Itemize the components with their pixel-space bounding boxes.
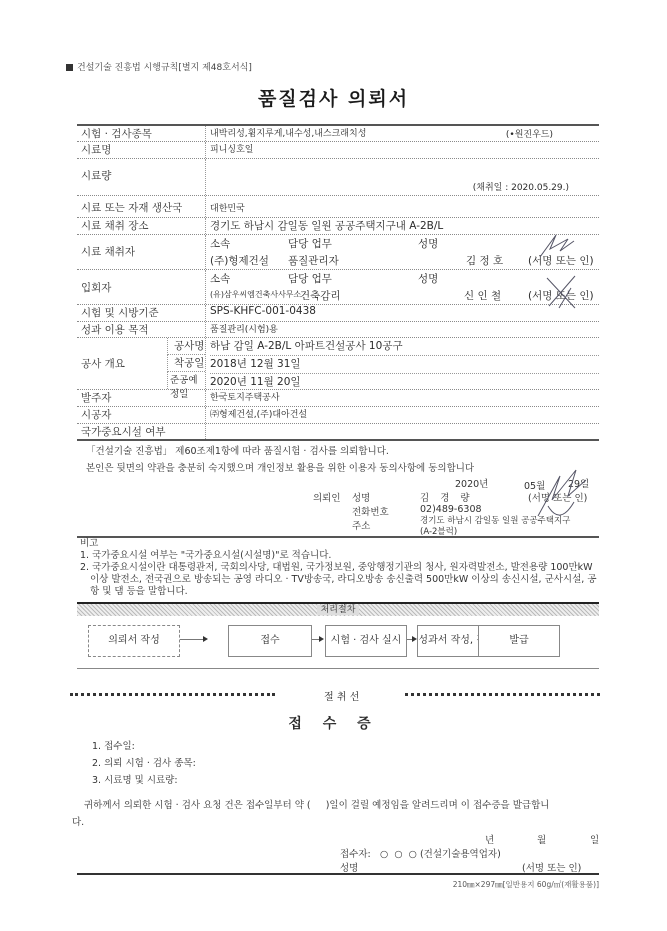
- note-item-2: 2. 국가중요시설이란 대통령관저, 국회의사당, 대법원, 국가정보원, 중앙…: [80, 562, 598, 598]
- address-label: 주소: [352, 518, 370, 532]
- row-national-facility: 국가중요시설 여부: [77, 424, 599, 441]
- value-client[interactable]: 한국토지주택공사: [205, 390, 599, 406]
- paper-spec: 210㎜×297㎜[일반용지 60g/㎡(재활용품)]: [453, 879, 599, 890]
- request-form-table: 시험 · 검사종목 내박리성,휨지루게,내수성,내스크래치성 (•원진우드) 시…: [77, 124, 599, 441]
- notes-section: 비고 1. 국가중요시설 여부는 "국가중요시설(시설명)"로 적습니다. 2.…: [80, 538, 598, 598]
- row-purpose: 성과 이용 목적 품질관리(시험)용: [77, 322, 599, 338]
- sampler-col-name: 성명: [418, 236, 438, 251]
- step-receive: 접수: [228, 625, 312, 657]
- contractor-text: ㈜형제건설,(주)대아건설: [210, 410, 307, 420]
- note-item-1: 1. 국가중요시설 여부는 "국가중요시설(시설명)"로 적습니다.: [80, 550, 598, 562]
- label-client: 발주자: [81, 390, 111, 405]
- value-test-standard[interactable]: SPS-KHFC-001-0438: [205, 305, 599, 321]
- receipt-day: 일: [590, 832, 599, 846]
- receipt-item-1: 1. 접수일:: [92, 738, 135, 752]
- receiver-label: 접수자:: [340, 846, 371, 860]
- project-name[interactable]: 하남 감일 A-2B/L 아파트건설공사 10공구: [210, 338, 599, 356]
- sampler-duty[interactable]: 품질관리자: [288, 253, 339, 268]
- witness-col-affiliation: 소속: [210, 271, 230, 286]
- signature-scribble-icon: [536, 231, 576, 261]
- receipt-title: 접 수 증: [0, 713, 667, 733]
- row-origin: 시료 또는 자재 생산국 대한민국: [77, 196, 599, 218]
- purpose-text: 품질관리(시험)용: [210, 325, 278, 335]
- sampler-col-duty: 담당 업무: [288, 236, 332, 251]
- page-title: 품질검사 의뢰서: [0, 84, 667, 111]
- step-write-request: 의뢰서 작성: [88, 625, 180, 657]
- project-completion-date[interactable]: 2020년 11월 20일: [210, 374, 599, 391]
- row-sampler: 시료 채취자 소속 담당 업무 성명 (주)형제건설 품질관리자 김 정 호 (…: [77, 235, 599, 270]
- requester-name[interactable]: 김 경 량: [420, 490, 474, 504]
- row-sampling-place: 시료 채취 장소 경기도 하남시 감일동 일원 공공주택지구내 A-2B/L: [77, 218, 599, 235]
- statement-line-1: 「건설기술 진흥법」 제60조제1항에 따라 품질시험 · 검사를 의뢰합니다.: [86, 443, 389, 457]
- receipt-item-3: 3. 시료명 및 시료량:: [92, 772, 178, 786]
- form-reference-text: 건설기술 진흥법 시행규칙[별지 제48호서식]: [77, 63, 252, 73]
- witness-col-duty: 담당 업무: [288, 271, 332, 286]
- value-national-facility[interactable]: [205, 424, 599, 439]
- label-sample-name: 시료명: [81, 142, 111, 157]
- label-sample-qty: 시료량: [81, 168, 111, 183]
- row-test-standard: 시험 및 시방기준 SPS-KHFC-001-0438: [77, 305, 599, 322]
- row-sample-name: 시료명 피니싱호일: [77, 142, 599, 159]
- row-contractor: 시공자 ㈜형제건설,(주)대아건설: [77, 407, 599, 424]
- label-completion-date: 준공예정일: [167, 372, 205, 389]
- sampling-place-text: 경기도 하남시 감일동 일원 공공주택지구내 A-2B/L: [210, 220, 443, 232]
- receiver-value: ○ ○ ○ (건설기술용역업자): [380, 846, 501, 860]
- request-year: 2020년: [455, 476, 488, 490]
- phone-label: 전화번호: [352, 504, 389, 518]
- receipt-notice-line-1: 귀하께서 의뢰한 시험 · 검사 요청 건은 접수일부터 약 ( )일이 걸릴 …: [84, 797, 549, 811]
- step-test-inspect: 시험 · 검사 실시: [325, 625, 407, 657]
- witness-name[interactable]: 신 인 철: [464, 288, 501, 303]
- statement-line-2: 본인은 뒷면의 약관을 충분히 숙지했으며 개인정보 활용을 위한 이용자 동의…: [86, 460, 474, 474]
- requester-label: 의뢰인: [313, 490, 341, 504]
- cut-line-label: 절 취 선: [324, 688, 359, 703]
- notes-heading: 비고: [80, 538, 598, 550]
- witness-affiliation[interactable]: (유)삼우씨엠건축사사무소: [210, 289, 301, 300]
- value-sampler: 소속 담당 업무 성명 (주)형제건설 품질관리자 김 정 호 (서명 또는 인…: [205, 235, 599, 269]
- square-bullet-icon: [66, 64, 73, 71]
- label-origin: 시료 또는 자재 생산국: [81, 200, 182, 215]
- label-sampling-place: 시료 채취 장소: [81, 218, 149, 233]
- cut-dots-left: [70, 693, 275, 696]
- row-client: 발주자 한국토지주택공사: [77, 390, 599, 407]
- value-purpose[interactable]: 품질관리(시험)용: [205, 322, 599, 337]
- value-test-items[interactable]: 내박리성,휨지루게,내수성,내스크래치성 (•원진우드): [205, 126, 599, 141]
- label-test-items: 시험 · 검사종목: [81, 126, 152, 141]
- sampler-name[interactable]: 김 정 호: [466, 253, 503, 268]
- arrow-icon: [407, 639, 415, 640]
- footer-rule: [77, 873, 599, 875]
- process-header: 처리절차: [77, 602, 599, 616]
- arrow-icon: [180, 639, 206, 640]
- receipt-notice-line-2: 다.: [72, 814, 84, 828]
- arrow-icon: [312, 639, 322, 640]
- label-witness: 입회자: [81, 280, 111, 295]
- label-purpose: 성과 이용 목적: [81, 322, 149, 337]
- label-contractor: 시공자: [81, 407, 111, 422]
- project-start-date[interactable]: 2018년 12월 31일: [210, 356, 599, 374]
- value-origin[interactable]: 대한민국: [205, 196, 599, 217]
- receipt-signature[interactable]: (서명 또는 인): [522, 860, 581, 874]
- witness-duty[interactable]: 건축감리: [300, 288, 341, 303]
- test-standard-text: SPS-KHFC-001-0438: [210, 305, 316, 317]
- witness-col-name: 성명: [418, 271, 438, 286]
- label-project: 공사 개요: [81, 356, 125, 371]
- receipt-year: 년: [485, 832, 494, 846]
- test-items-note: (•원진우드): [506, 127, 553, 140]
- process-bottom-rule: [77, 668, 599, 669]
- sampler-col-affiliation: 소속: [210, 236, 230, 251]
- receipt-name-label: 성명: [340, 860, 358, 874]
- cut-dots-right: [405, 693, 600, 696]
- row-test-items: 시험 · 검사종목 내박리성,휨지루게,내수성,내스크래치성 (•원진우드): [77, 126, 599, 142]
- label-national-facility: 국가중요시설 여부: [81, 424, 165, 439]
- receipt-item-2: 2. 의뢰 시험 · 검사 종목:: [92, 755, 196, 769]
- collection-date: (채취일 : 2020.05.29.): [473, 180, 569, 193]
- value-contractor[interactable]: ㈜형제건설,(주)대아건설: [205, 407, 599, 423]
- value-project: 하남 감일 A-2B/L 아파트건설공사 10공구 2018년 12월 31일 …: [205, 338, 599, 389]
- sample-name-text: 피니싱호일: [210, 145, 253, 155]
- receipt-month: 월: [537, 832, 546, 846]
- label-sampler: 시료 채취자: [81, 244, 135, 259]
- origin-text: 대한민국: [210, 204, 245, 214]
- row-project: 공사 개요 공사명 착공일 준공예정일 하남 감일 A-2B/L 아파트건설공사…: [77, 338, 599, 390]
- form-reference: 건설기술 진흥법 시행규칙[별지 제48호서식]: [66, 60, 252, 73]
- test-items-text: 내박리성,휨지루게,내수성,내스크래치성: [210, 129, 366, 139]
- process-heading: 처리절차: [317, 605, 360, 615]
- row-witness: 입회자 소속 담당 업무 성명 (유)삼우씨엠건축사사무소 건축감리 신 인 철…: [77, 270, 599, 305]
- client-text: 한국토지주택공사: [210, 393, 280, 403]
- value-witness: 소속 담당 업무 성명 (유)삼우씨엠건축사사무소 건축감리 신 인 철 (서명…: [205, 270, 599, 304]
- step-issue: 발급: [478, 625, 560, 657]
- requester-name-label: 성명: [352, 490, 370, 504]
- sampler-affiliation[interactable]: (주)형제건설: [210, 253, 269, 268]
- label-test-standard: 시험 및 시방기준: [81, 305, 159, 320]
- label-project-name: 공사명: [167, 338, 205, 355]
- label-start-date: 착공일: [167, 355, 205, 372]
- row-sample-qty: 시료량 (채취일 : 2020.05.29.): [77, 159, 599, 196]
- value-sample-qty[interactable]: (채취일 : 2020.05.29.): [205, 159, 599, 195]
- value-sample-name[interactable]: 피니싱호일: [205, 142, 599, 158]
